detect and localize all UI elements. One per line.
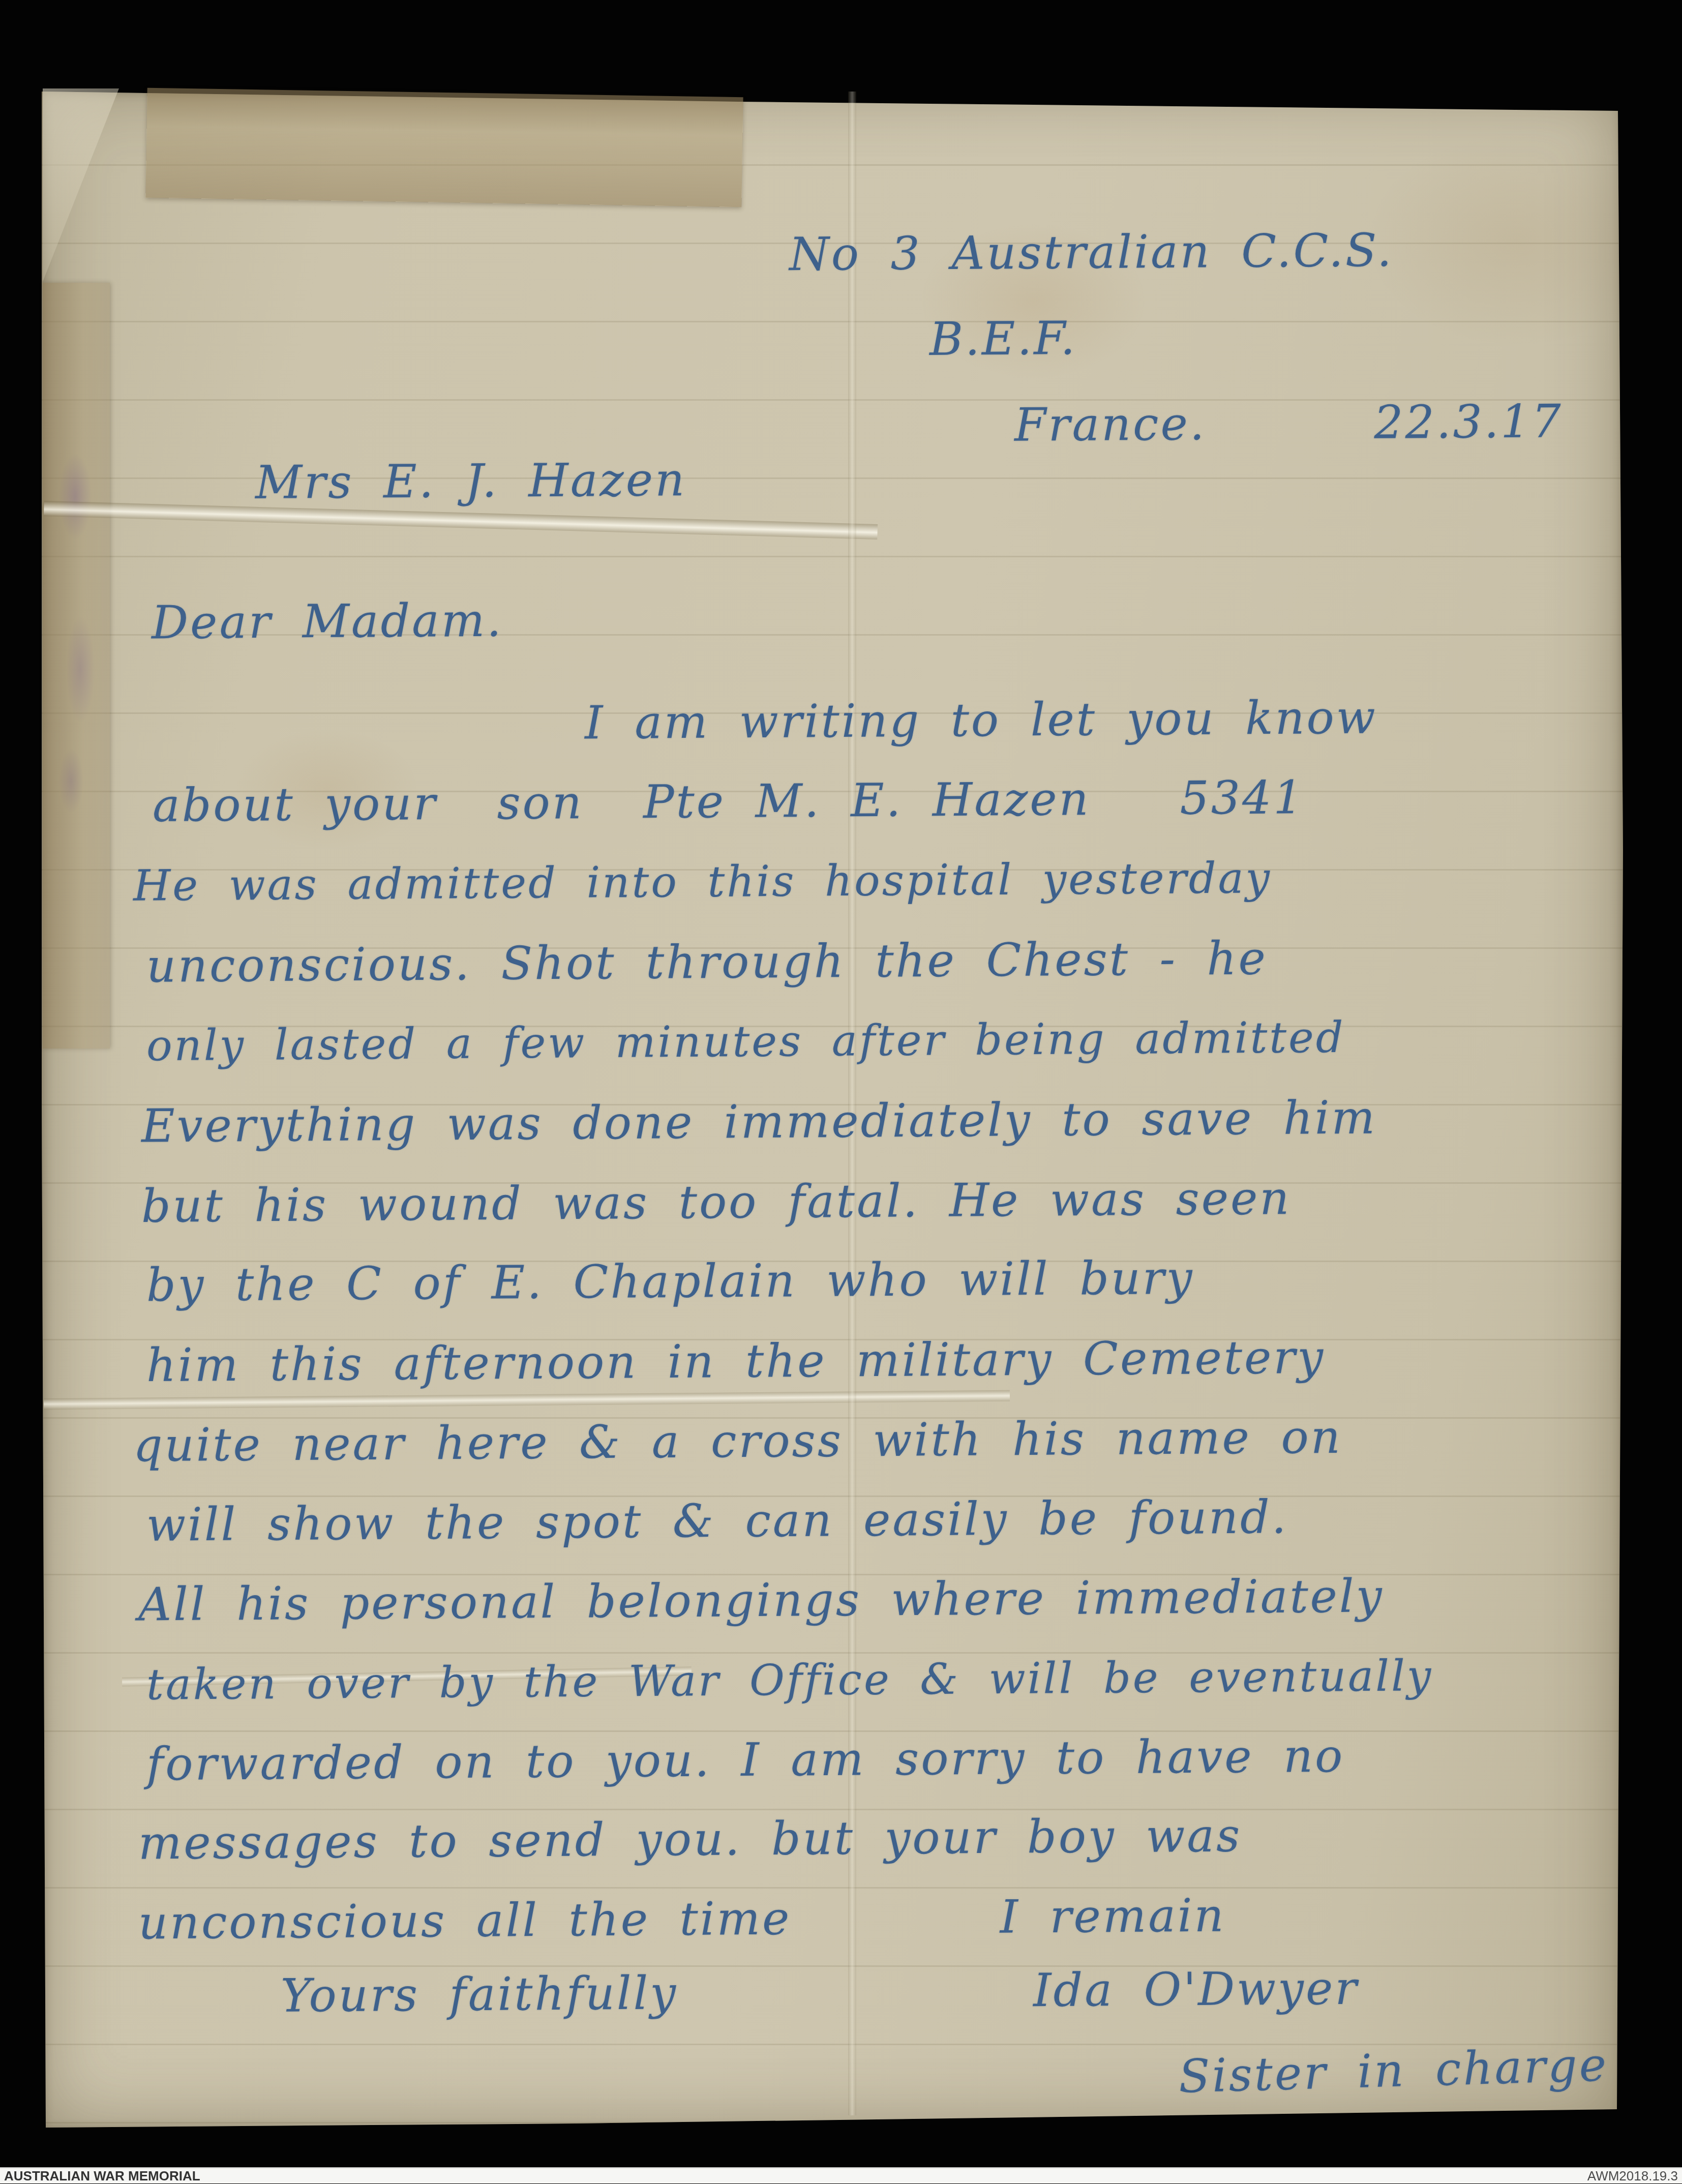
- letterhead-date: 22.3.17: [1374, 395, 1563, 450]
- tape-strip-left: [43, 283, 110, 1049]
- letterhead-place: France.: [1014, 397, 1207, 452]
- footer-accession: AWM2018.19.3: [1587, 2168, 1678, 2184]
- salutation: Dear Madam.: [152, 598, 503, 646]
- letter-line: by the C of E. Chaplain who will bury: [146, 1255, 1194, 1308]
- footer-institution: AUSTRALIAN WAR MEMORIAL: [4, 2168, 200, 2184]
- letter-line: only lasted a few minutes after being ad…: [146, 1016, 1345, 1067]
- addressee-name: Mrs E. J. Hazen: [255, 457, 687, 506]
- letter-line: Everything was done immediately to save …: [141, 1095, 1377, 1150]
- letter-line: will show the spot & can easily be found…: [146, 1494, 1288, 1548]
- letter-line: messages to send you. but your boy was: [138, 1813, 1242, 1866]
- letter-line: quite near here & a cross with his name …: [133, 1415, 1342, 1469]
- closing-signature: Ida O'Dwyer: [1033, 1966, 1359, 2014]
- letterhead-unit: No 3 Australian C.C.S.: [789, 228, 1394, 278]
- letter-line: All his personal belongings where immedi…: [138, 1573, 1384, 1628]
- letter-line: but his wound was too fatal. He was seen: [141, 1176, 1291, 1230]
- letter-line: unconscious. Shot through the Chest - he: [146, 936, 1268, 989]
- letter-line: forwarded on to you. I am sorry to have …: [146, 1733, 1345, 1787]
- letter-line: about your son Pte M. E. Hazen 5341: [153, 775, 1305, 829]
- scanned-letter-view: No 3 Australian C.C.S. B.E.F. France.22.…: [0, 0, 1682, 2183]
- letter-line: He was admitted into this hospital yeste…: [133, 856, 1272, 907]
- letter-line: unconscious all the time I remain: [138, 1893, 1226, 1947]
- footer-bar: AUSTRALIAN WAR MEMORIAL AWM2018.19.3: [0, 2167, 1682, 2183]
- letterhead-force: B.E.F.: [929, 316, 1077, 363]
- closing-signer-title: Sister in charge: [1178, 2042, 1609, 2100]
- letter-line: taken over by the War Office & will be e…: [146, 1654, 1433, 1706]
- letter-line: him this afternoon in the military Cemet…: [146, 1335, 1326, 1389]
- tape-strip-top: [145, 88, 743, 207]
- letter-line: I am writing to let you know: [585, 695, 1377, 746]
- letterhead-place-date: France.22.3.17: [1014, 399, 1564, 448]
- closing-valediction: Yours faithfully: [281, 1970, 678, 2019]
